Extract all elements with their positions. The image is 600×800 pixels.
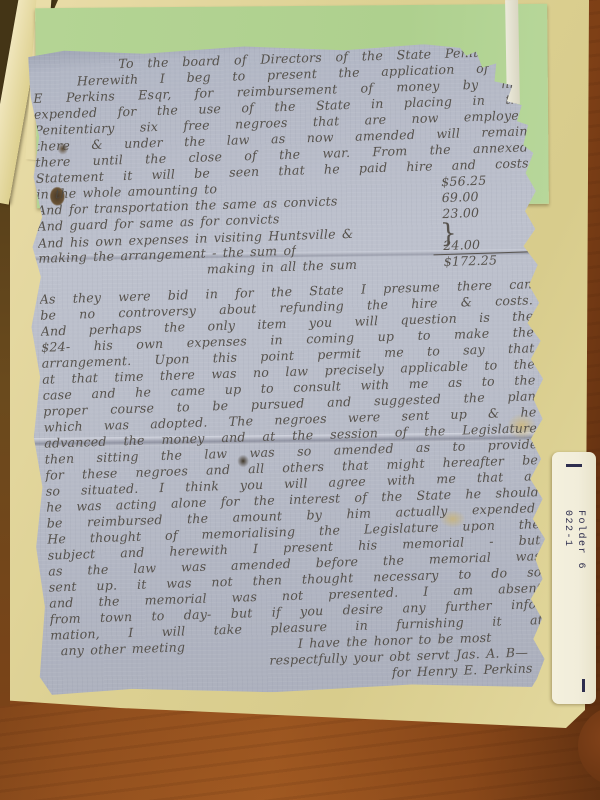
label-tick-bottom xyxy=(582,679,585,692)
photographed-document-scene: To the board of Directors of the State P… xyxy=(0,0,600,800)
label-folder-number: Folder 6 xyxy=(574,510,587,570)
letter-text: To the board of Directors of the State P… xyxy=(32,43,545,693)
label-tick-top xyxy=(566,464,582,467)
handwritten-letter: To the board of Directors of the State P… xyxy=(24,41,549,697)
label-collection-number: 022-1 xyxy=(561,510,574,570)
amount: $172.25 xyxy=(433,251,531,270)
letter-line-text: for Henry E. Perkins xyxy=(392,660,533,680)
archival-label: 022-1 Folder 6 xyxy=(552,452,596,704)
label-text: 022-1 Folder 6 xyxy=(561,510,587,570)
brace-mark: } xyxy=(440,229,457,240)
folder-thumb-notch xyxy=(578,706,600,786)
